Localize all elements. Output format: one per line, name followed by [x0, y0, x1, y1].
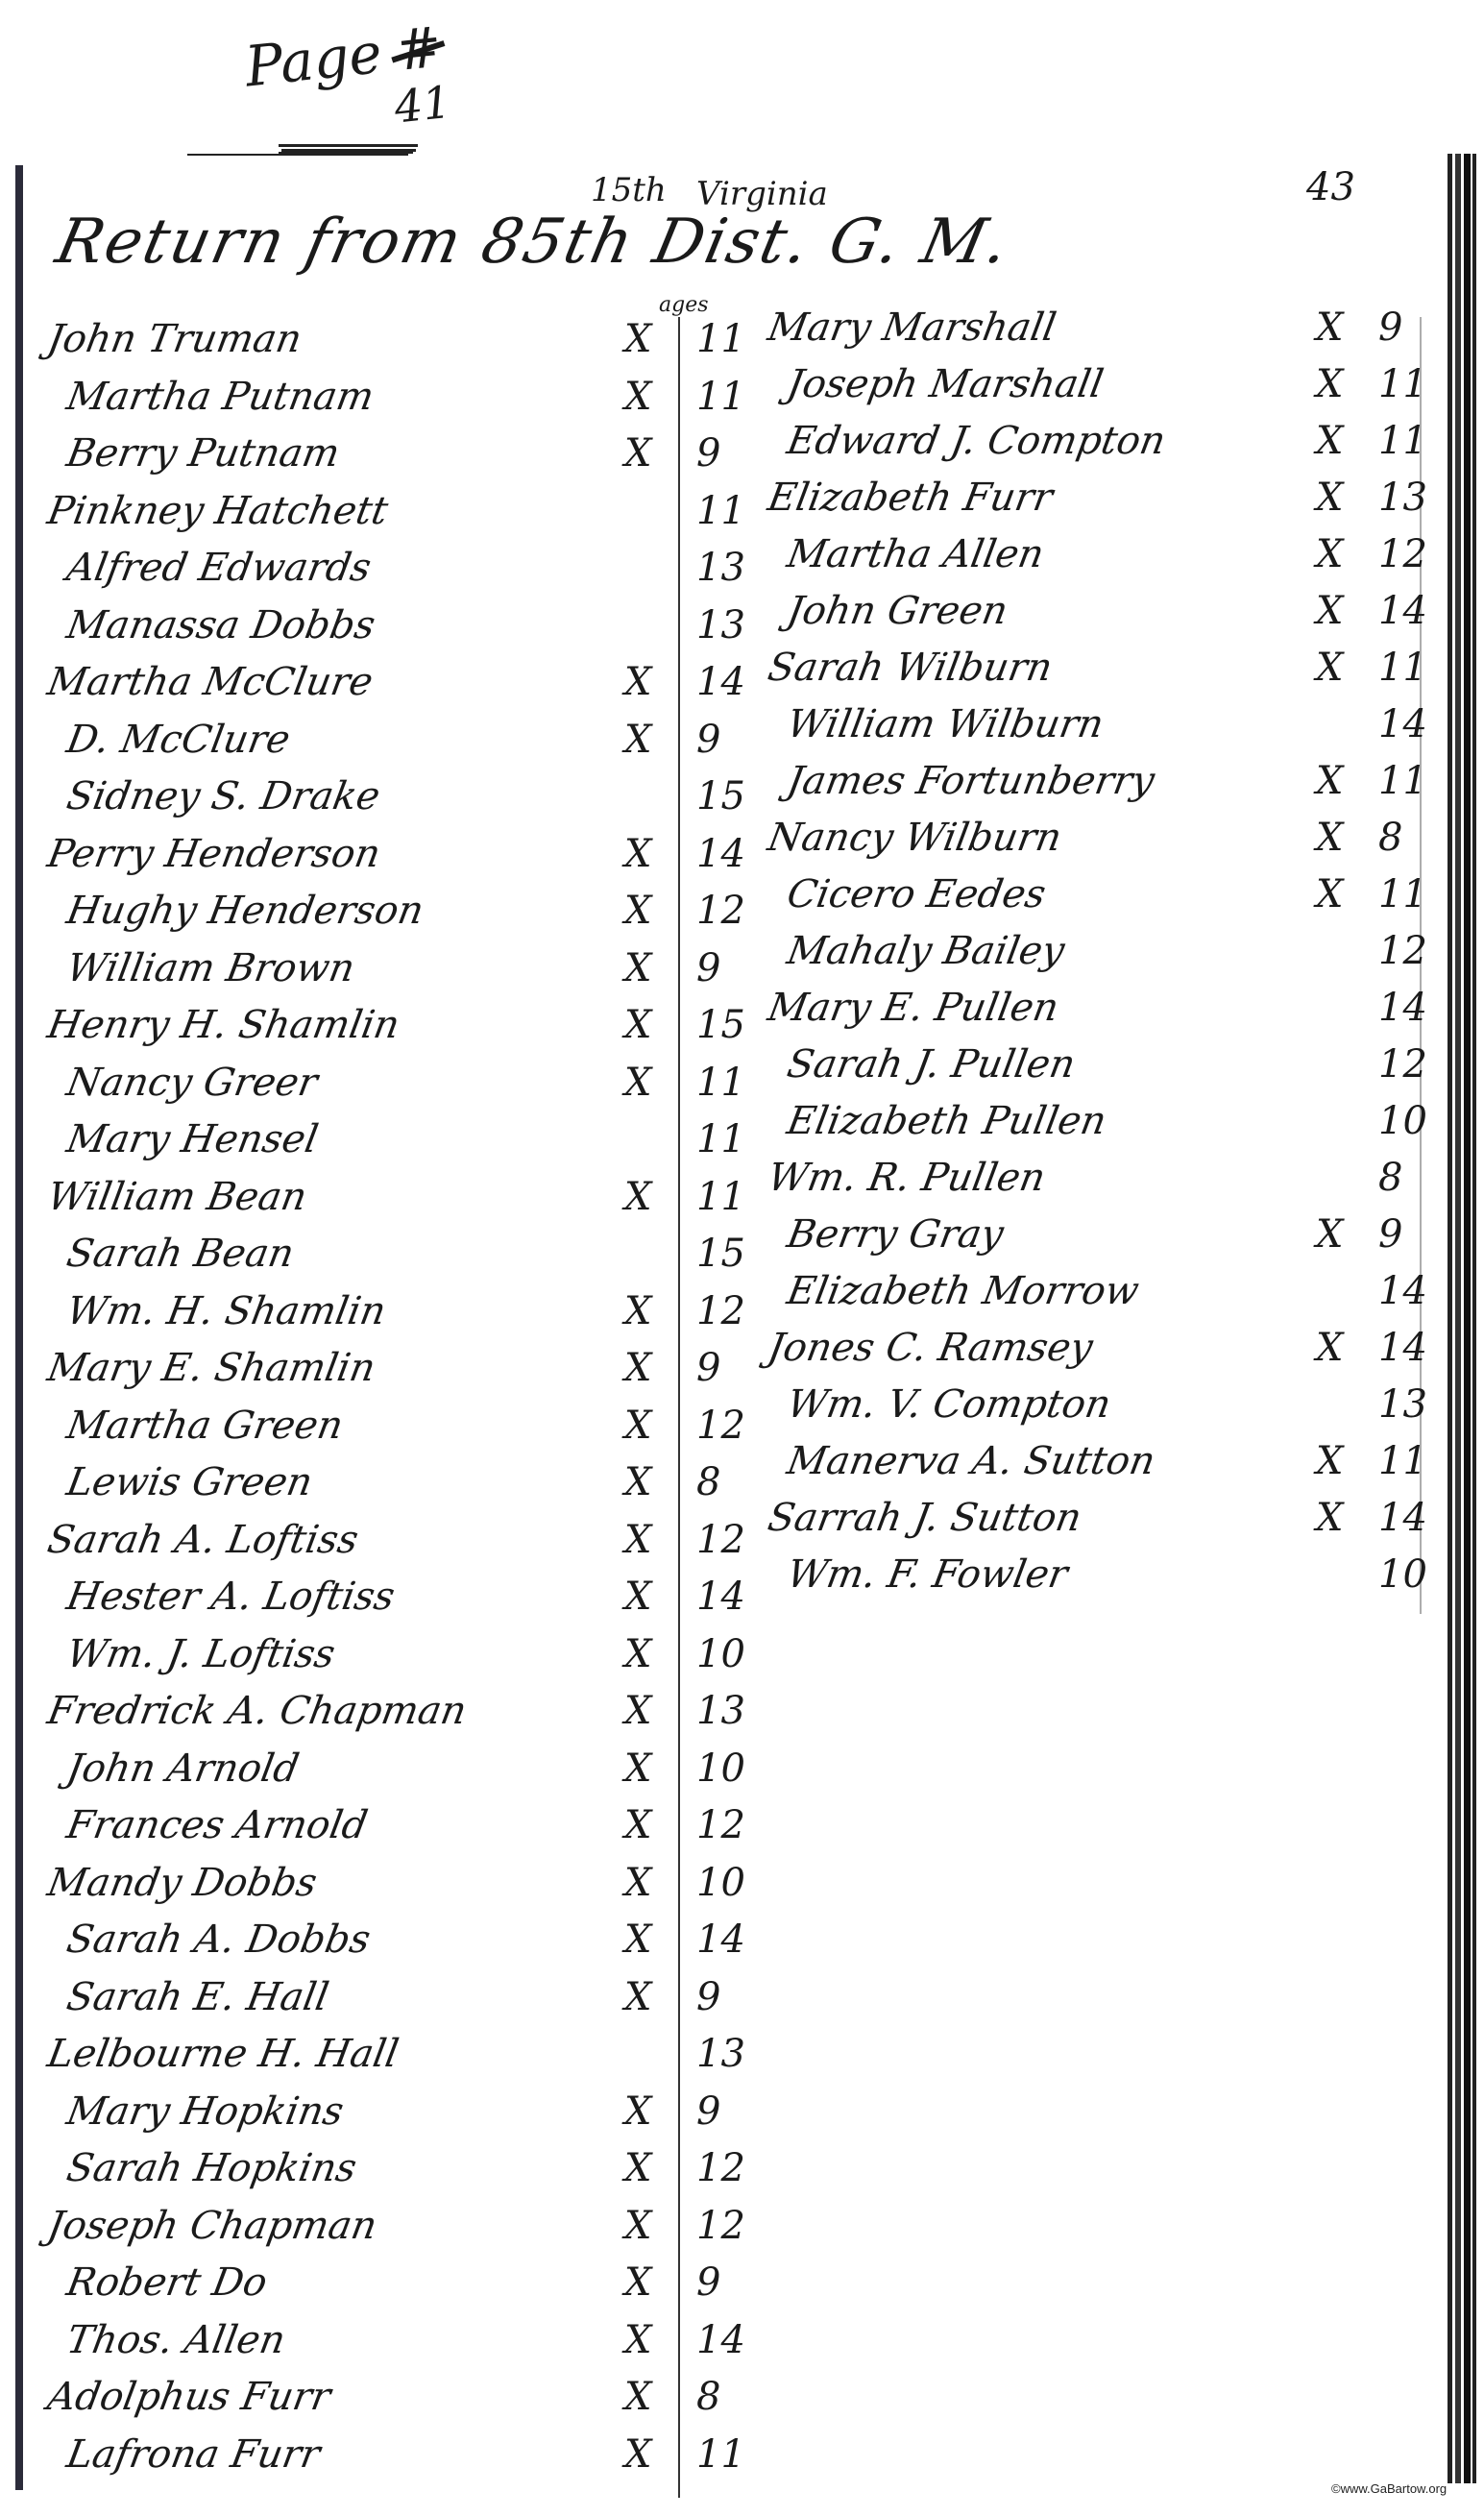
entry-age: 14 [1378, 702, 1427, 746]
register-entry: John GreenX14 [768, 589, 1441, 643]
entry-mark: X [624, 1918, 651, 1962]
entry-name: Sarah A. Dobbs [63, 1918, 374, 1962]
entry-mark: X [624, 889, 651, 933]
entry-name: Jones C. Ramsey [765, 1326, 1096, 1370]
top-rule-main-2 [281, 149, 416, 152]
entry-age: 11 [696, 375, 745, 419]
entry-age: 14 [1378, 1269, 1427, 1313]
register-entry: Elizabeth Morrow14 [768, 1269, 1441, 1323]
page-number: 43 [1306, 165, 1355, 209]
entry-name: Lafrona Furr [63, 2432, 324, 2477]
register-entry: Fredrick A. ChapmanX13 [48, 1689, 740, 1743]
entry-mark: X [624, 317, 651, 361]
entry-mark: X [1316, 872, 1343, 916]
entry-age: 15 [696, 1003, 745, 1047]
ages-column-label: ages [659, 293, 709, 317]
entry-mark: X [624, 1175, 651, 1219]
entry-age: 12 [696, 1404, 745, 1448]
entry-mark: X [624, 1689, 651, 1733]
register-entry: Joseph MarshallX11 [768, 362, 1441, 416]
entry-age: 10 [696, 1632, 745, 1676]
entry-age: 11 [696, 317, 745, 361]
entry-age: 10 [696, 1747, 745, 1791]
entry-name: Fredrick A. Chapman [44, 1689, 470, 1733]
page-annotation: Page# 41 [243, 18, 445, 94]
entry-age: 14 [696, 2318, 745, 2362]
entry-name: Sarah Bean [63, 1232, 297, 1276]
watermark: ©www.GaBartow.org [1331, 2481, 1447, 2496]
register-entry: Wm. F. Fowler10 [768, 1552, 1441, 1606]
register-entry: Sarah J. Pullen12 [768, 1042, 1441, 1096]
entry-mark: X [624, 375, 651, 419]
register-entry: William Wilburn14 [768, 702, 1441, 756]
entry-name: Sarrah J. Sutton [765, 1496, 1084, 1540]
entry-age: 11 [696, 489, 745, 533]
entry-mark: X [624, 1460, 651, 1504]
entry-name: Frances Arnold [63, 1803, 371, 1847]
register-entry: Sarah A. LoftissX12 [48, 1518, 740, 1572]
struck-page-number: # [392, 13, 445, 84]
entry-name: Sarah A. Loftiss [44, 1518, 362, 1562]
entry-age: 14 [1378, 1496, 1427, 1540]
top-rule-main [279, 144, 418, 147]
entry-mark: X [624, 1803, 651, 1847]
register-entry: Henry H. ShamlinX15 [48, 1003, 740, 1057]
entry-mark: X [1316, 1439, 1343, 1483]
register-entry: Martha AllenX12 [768, 532, 1441, 586]
entry-name: Joseph Marshall [784, 362, 1107, 406]
register-entry: Frances ArnoldX12 [48, 1803, 740, 1857]
register-entry: Perry HendersonX14 [48, 832, 740, 886]
entry-name: Edward J. Compton [784, 419, 1169, 463]
entry-age: 14 [1378, 986, 1427, 1030]
entry-mark: X [624, 1289, 651, 1333]
register-entry: Berry PutnamX9 [48, 431, 740, 485]
register-entry: William BrownX9 [48, 946, 740, 1000]
entry-age: 11 [1378, 419, 1427, 463]
register-entry: Elizabeth Pullen10 [768, 1099, 1441, 1153]
entry-name: Martha McClure [44, 660, 377, 704]
entry-age: 14 [696, 1918, 745, 1962]
entry-age: 8 [1378, 816, 1402, 860]
entry-name: Manassa Dobbs [63, 603, 378, 647]
register-entry: Wm. H. ShamlinX12 [48, 1289, 740, 1343]
entry-name: D. McClure [63, 718, 294, 762]
entry-name: Lelbourne H. Hall [44, 2032, 401, 2076]
entry-name: Henry H. Shamlin [44, 1003, 402, 1047]
entry-age: 13 [696, 1689, 745, 1733]
entry-age: 15 [696, 774, 745, 818]
entry-age: 9 [696, 946, 720, 990]
register-entry: Mahaly Bailey12 [768, 929, 1441, 983]
entry-mark: X [624, 1061, 651, 1105]
entry-name: Lewis Green [63, 1460, 316, 1504]
entry-name: Thos. Allen [63, 2318, 289, 2362]
register-entry: John ArnoldX10 [48, 1747, 740, 1800]
entry-name: Martha Green [63, 1404, 347, 1448]
entry-age: 10 [1378, 1552, 1427, 1597]
register-entry: Nancy WilburnX8 [768, 816, 1441, 869]
entry-name: William Brown [63, 946, 358, 990]
entry-age: 9 [696, 2260, 720, 2305]
district-number: 15th [591, 171, 667, 209]
entry-name: John Green [784, 589, 1011, 633]
entry-name: Joseph Chapman [44, 2204, 380, 2248]
entry-name: Sarah Wilburn [765, 646, 1056, 690]
register-entry: Robert DoX9 [48, 2260, 740, 2314]
register-entry: Wm. V. Compton13 [768, 1382, 1441, 1436]
entry-mark: X [624, 2089, 651, 2134]
entry-age: 11 [696, 1117, 745, 1161]
entry-mark: X [1316, 362, 1343, 406]
entry-mark: X [624, 1003, 651, 1047]
entry-mark: X [1316, 532, 1343, 576]
entry-name: Wm. H. Shamlin [63, 1289, 389, 1333]
entry-mark: X [624, 2432, 651, 2477]
entry-name: Berry Putnam [63, 431, 343, 476]
register-entry: James FortunberryX11 [768, 759, 1441, 813]
entry-age: 11 [1378, 362, 1427, 406]
entry-mark: X [1316, 589, 1343, 633]
entry-age: 8 [696, 2375, 720, 2419]
entry-mark: X [1316, 1326, 1343, 1370]
top-rule-right [279, 152, 413, 154]
entry-age: 12 [696, 1289, 745, 1333]
entry-age: 9 [696, 1346, 720, 1390]
entry-name: Pinkney Hatchett [44, 489, 391, 533]
entry-name: James Fortunberry [784, 759, 1157, 803]
entry-mark: X [624, 660, 651, 704]
entry-mark: X [624, 2318, 651, 2362]
entry-mark: X [624, 1575, 651, 1619]
register-entry: Mary E. ShamlinX9 [48, 1346, 740, 1400]
entry-age: 12 [696, 889, 745, 933]
entry-name: Sarah E. Hall [63, 1975, 332, 2019]
entry-mark: X [624, 2260, 651, 2305]
register-entry: Martha GreenX12 [48, 1404, 740, 1457]
entry-name: Robert Do [63, 2260, 271, 2305]
entry-age: 14 [696, 832, 745, 876]
register-entry: Mary E. Pullen14 [768, 986, 1441, 1039]
entry-age: 13 [1378, 476, 1427, 520]
entry-mark: X [624, 832, 651, 876]
entry-age: 9 [696, 1975, 720, 2019]
entry-age: 14 [1378, 589, 1427, 633]
entry-age: 11 [1378, 646, 1427, 690]
entry-mark: X [1316, 816, 1343, 860]
entry-mark: X [624, 946, 651, 990]
left-margin-border [15, 165, 23, 2490]
left-column: John TrumanX11Martha PutnamX11Berry Putn… [48, 317, 740, 2488]
page-label: Page [242, 20, 385, 100]
entry-mark: X [624, 1346, 651, 1390]
entry-name: Martha Allen [784, 532, 1047, 576]
register-entry: Hester A. LoftissX14 [48, 1575, 740, 1628]
register-entry: Lewis GreenX8 [48, 1460, 740, 1514]
top-rule-left [187, 154, 408, 156]
entry-mark: X [1316, 1212, 1343, 1257]
register-entry: Manassa Dobbs13 [48, 603, 740, 657]
entry-age: 12 [696, 1803, 745, 1847]
register-entry: Lafrona FurrX11 [48, 2432, 740, 2486]
entry-name: Mary E. Pullen [765, 986, 1062, 1030]
register-entry: Edward J. ComptonX11 [768, 419, 1441, 473]
register-entry: Sarah A. DobbsX14 [48, 1918, 740, 1971]
register-entry: Mandy DobbsX10 [48, 1861, 740, 1915]
entry-age: 11 [1378, 872, 1427, 916]
entry-name: Mandy Dobbs [44, 1861, 320, 1905]
entry-name: Cicero Eedes [784, 872, 1049, 916]
entry-age: 13 [696, 603, 745, 647]
register-entry: Sarah HopkinsX12 [48, 2146, 740, 2200]
register-entry: Thos. AllenX14 [48, 2318, 740, 2372]
entry-age: 10 [1378, 1099, 1427, 1143]
register-entry: Sarah E. HallX9 [48, 1975, 740, 2029]
register-entry: Martha PutnamX11 [48, 375, 740, 428]
entry-name: William Wilburn [784, 702, 1107, 746]
entry-name: Alfred Edwards [63, 546, 375, 590]
entry-name: Mary Marshall [765, 305, 1059, 350]
entry-name: Nancy Greer [63, 1061, 321, 1105]
register-entry: Alfred Edwards13 [48, 546, 740, 599]
entry-name: John Truman [44, 317, 305, 361]
entry-name: Elizabeth Furr [765, 476, 1056, 520]
entry-age: 12 [1378, 1042, 1427, 1087]
entry-age: 12 [696, 1518, 745, 1562]
entry-name: Wm. R. Pullen [765, 1156, 1049, 1200]
register-entry: William BeanX11 [48, 1175, 740, 1229]
entry-mark: X [624, 718, 651, 762]
entry-name: Mary E. Shamlin [44, 1346, 378, 1390]
register-entry: Jones C. RamseyX14 [768, 1326, 1441, 1380]
entry-age: 9 [696, 431, 720, 476]
entry-name: Wm. J. Loftiss [63, 1632, 338, 1676]
entry-name: Elizabeth Pullen [784, 1099, 1109, 1143]
entry-age: 11 [696, 1061, 745, 1105]
register-entry: Lelbourne H. Hall13 [48, 2032, 740, 2086]
entry-mark: X [624, 1518, 651, 1562]
entry-name: Elizabeth Morrow [784, 1269, 1142, 1313]
entry-age: 13 [1378, 1382, 1427, 1427]
register-entry: Joseph ChapmanX12 [48, 2204, 740, 2258]
register-entry: Sidney S. Drake15 [48, 774, 740, 828]
page-annotation-number: 41 [392, 80, 452, 130]
entry-age: 8 [696, 1460, 720, 1504]
entry-age: 10 [696, 1861, 745, 1905]
entry-mark: X [1316, 1496, 1343, 1540]
entry-age: 12 [1378, 532, 1427, 576]
register-entry: Mary MarshallX9 [768, 305, 1441, 359]
register-entry: Wm. J. LoftissX10 [48, 1632, 740, 1686]
register-entry: Nancy GreerX11 [48, 1061, 740, 1114]
register-entry: Cicero EedesX11 [768, 872, 1441, 926]
entry-age: 9 [696, 2089, 720, 2134]
entry-age: 14 [696, 1575, 745, 1619]
register-entry: Sarah WilburnX11 [768, 646, 1441, 699]
entry-age: 13 [696, 2032, 745, 2076]
entry-mark: X [624, 431, 651, 476]
register-entry: Mary HopkinsX9 [48, 2089, 740, 2143]
register-entry: Martha McClureX14 [48, 660, 740, 714]
entry-name: Sarah Hopkins [63, 2146, 360, 2190]
register-entry: Pinkney Hatchett11 [48, 489, 740, 543]
entry-age: 9 [1378, 1212, 1402, 1257]
entry-name: Mahaly Bailey [784, 929, 1068, 973]
register-entry: Elizabeth FurrX13 [768, 476, 1441, 529]
entry-mark: X [1316, 759, 1343, 803]
register-entry: Adolphus FurrX8 [48, 2375, 740, 2429]
register-entry: Wm. R. Pullen8 [768, 1156, 1441, 1209]
register-entry: Manerva A. SuttonX11 [768, 1439, 1441, 1493]
register-entry: Hughy HendersonX12 [48, 889, 740, 942]
entry-name: Berry Gray [784, 1212, 1007, 1257]
register-entry: Sarrah J. SuttonX14 [768, 1496, 1441, 1550]
entry-name: William Bean [44, 1175, 310, 1219]
entry-name: Perry Henderson [44, 832, 384, 876]
entry-mark: X [624, 2146, 651, 2190]
register-entry: Mary Hensel11 [48, 1117, 740, 1171]
entry-mark: X [1316, 419, 1343, 463]
entry-age: 11 [696, 2432, 745, 2477]
entry-mark: X [1316, 305, 1343, 350]
entry-name: Wm. V. Compton [784, 1382, 1114, 1427]
entry-name: Hughy Henderson [63, 889, 427, 933]
register-entry: John TrumanX11 [48, 317, 740, 371]
entry-mark: X [1316, 646, 1343, 690]
register-entry: Berry GrayX9 [768, 1212, 1441, 1266]
entry-name: Adolphus Furr [44, 2375, 334, 2419]
entry-age: 12 [1378, 929, 1427, 973]
entry-mark: X [624, 1747, 651, 1791]
document-title: Return from 85th Dist. G. M. [50, 207, 1016, 278]
entry-mark: X [624, 2204, 651, 2248]
entry-name: Mary Hopkins [63, 2089, 347, 2134]
entry-mark: X [624, 1404, 651, 1448]
entry-name: John Arnold [63, 1747, 303, 1791]
entry-age: 8 [1378, 1156, 1402, 1200]
entry-age: 12 [696, 2204, 745, 2248]
entry-age: 11 [696, 1175, 745, 1219]
entry-name: Wm. F. Fowler [784, 1552, 1071, 1597]
entry-name: Sarah J. Pullen [784, 1042, 1079, 1087]
entry-age: 11 [1378, 759, 1427, 803]
right-column: Mary MarshallX9Joseph MarshallX11Edward … [768, 305, 1441, 1612]
register-entry: D. McClureX9 [48, 718, 740, 771]
entry-mark: X [624, 1861, 651, 1905]
entry-age: 9 [1378, 305, 1402, 350]
entry-name: Hester A. Loftiss [63, 1575, 398, 1619]
entry-name: Martha Putnam [63, 375, 377, 419]
register-entry: Sarah Bean15 [48, 1232, 740, 1285]
entry-mark: X [1316, 476, 1343, 520]
right-binding-border [1448, 154, 1476, 2483]
entry-age: 13 [696, 546, 745, 590]
entry-age: 12 [696, 2146, 745, 2190]
entry-age: 9 [696, 718, 720, 762]
entry-name: Sidney S. Drake [63, 774, 383, 818]
entry-mark: X [624, 2375, 651, 2419]
entry-name: Mary Hensel [63, 1117, 322, 1161]
entry-age: 14 [696, 660, 745, 704]
entry-age: 15 [696, 1232, 745, 1276]
entry-mark: X [624, 1975, 651, 2019]
entry-age: 14 [1378, 1326, 1427, 1370]
entry-mark: X [624, 1632, 651, 1676]
entry-age: 11 [1378, 1439, 1427, 1483]
entry-name: Nancy Wilburn [765, 816, 1065, 860]
entry-name: Manerva A. Sutton [784, 1439, 1158, 1483]
